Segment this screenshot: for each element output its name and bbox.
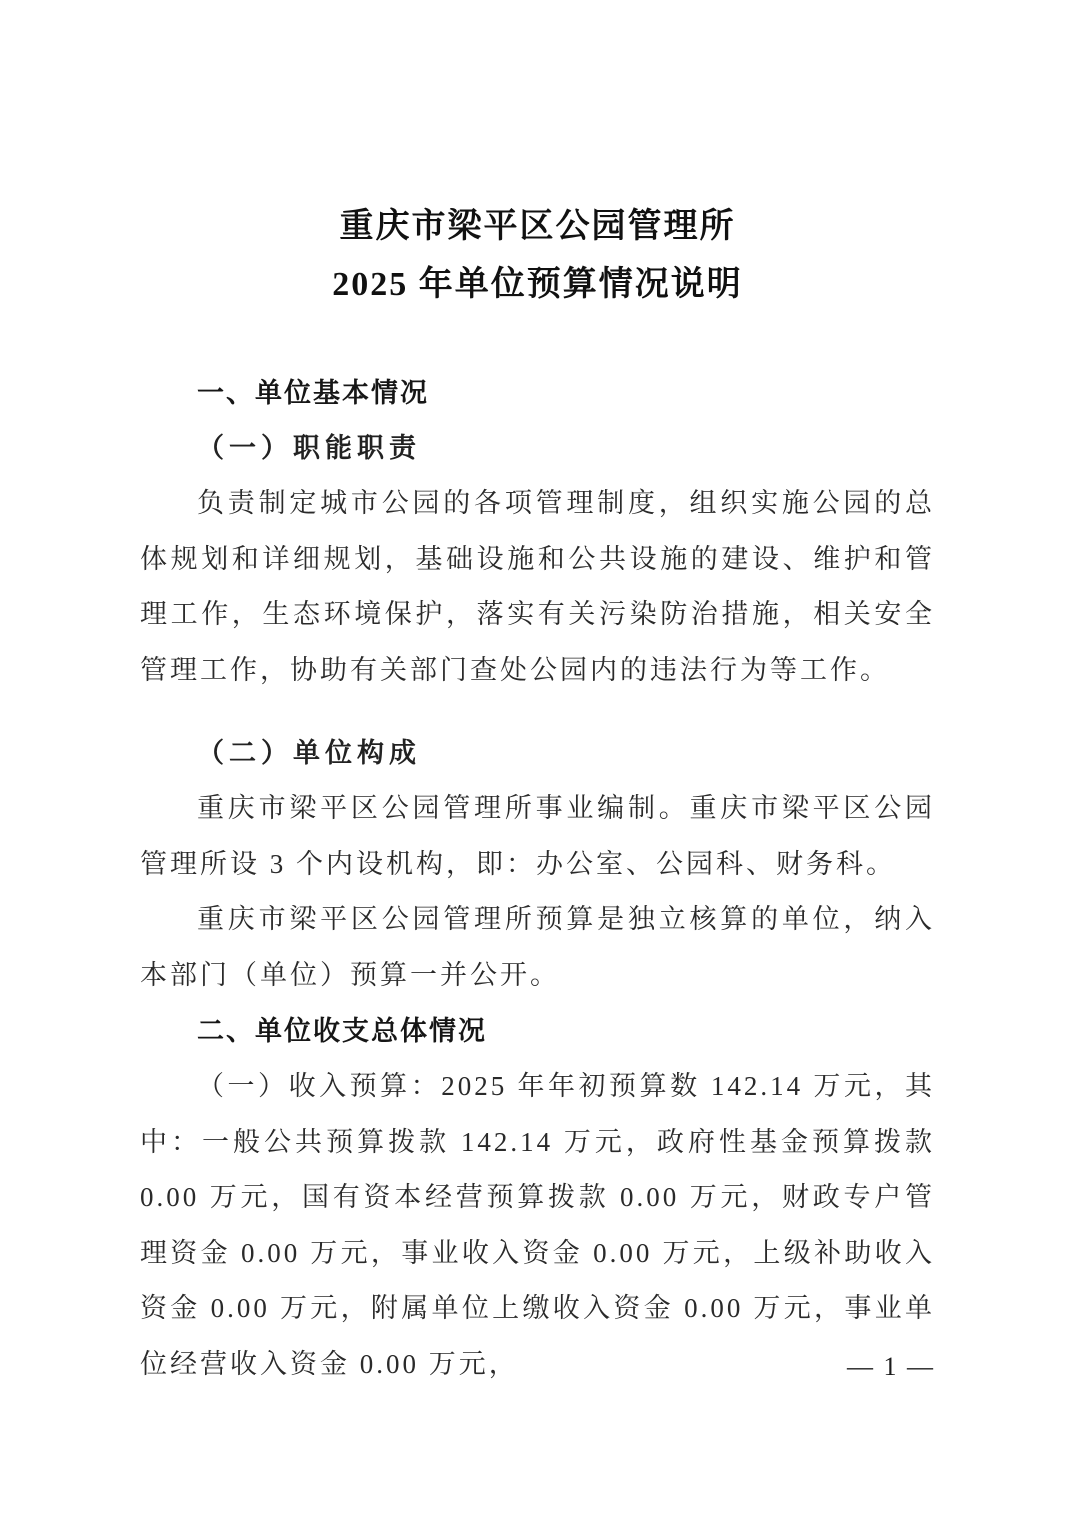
section1-sub2-heading: （二）单位构成 bbox=[140, 726, 935, 781]
section2-sub1-paragraph: （一）收入预算：2025 年年初预算数 142.14 万元，其中：一般公共预算拨… bbox=[140, 1059, 935, 1392]
document-page: 重庆市梁平区公园管理所 2025 年单位预算情况说明 一、单位基本情况 （一）职… bbox=[0, 0, 1074, 1520]
page-number: — 1 — bbox=[847, 1352, 935, 1382]
section1-sub1-heading: （一）职能职责 bbox=[140, 421, 935, 476]
section1-heading: 一、单位基本情况 bbox=[140, 366, 935, 421]
section1-sub2-paragraph2: 重庆市梁平区公园管理所预算是独立核算的单位，纳入本部门（单位）预算一并公开。 bbox=[140, 892, 935, 1003]
document-title-line1: 重庆市梁平区公园管理所 bbox=[140, 198, 935, 256]
section2-heading: 二、单位收支总体情况 bbox=[140, 1004, 935, 1059]
section1-sub1-paragraph: 负责制定城市公园的各项管理制度，组织实施公园的总体规划和详细规划，基础设施和公共… bbox=[140, 476, 935, 698]
document-title: 重庆市梁平区公园管理所 2025 年单位预算情况说明 bbox=[140, 0, 935, 314]
document-title-line2: 2025 年单位预算情况说明 bbox=[140, 256, 935, 314]
section1-sub2-paragraph1: 重庆市梁平区公园管理所事业编制。重庆市梁平区公园管理所设 3 个内设机构，即：办… bbox=[140, 781, 935, 892]
